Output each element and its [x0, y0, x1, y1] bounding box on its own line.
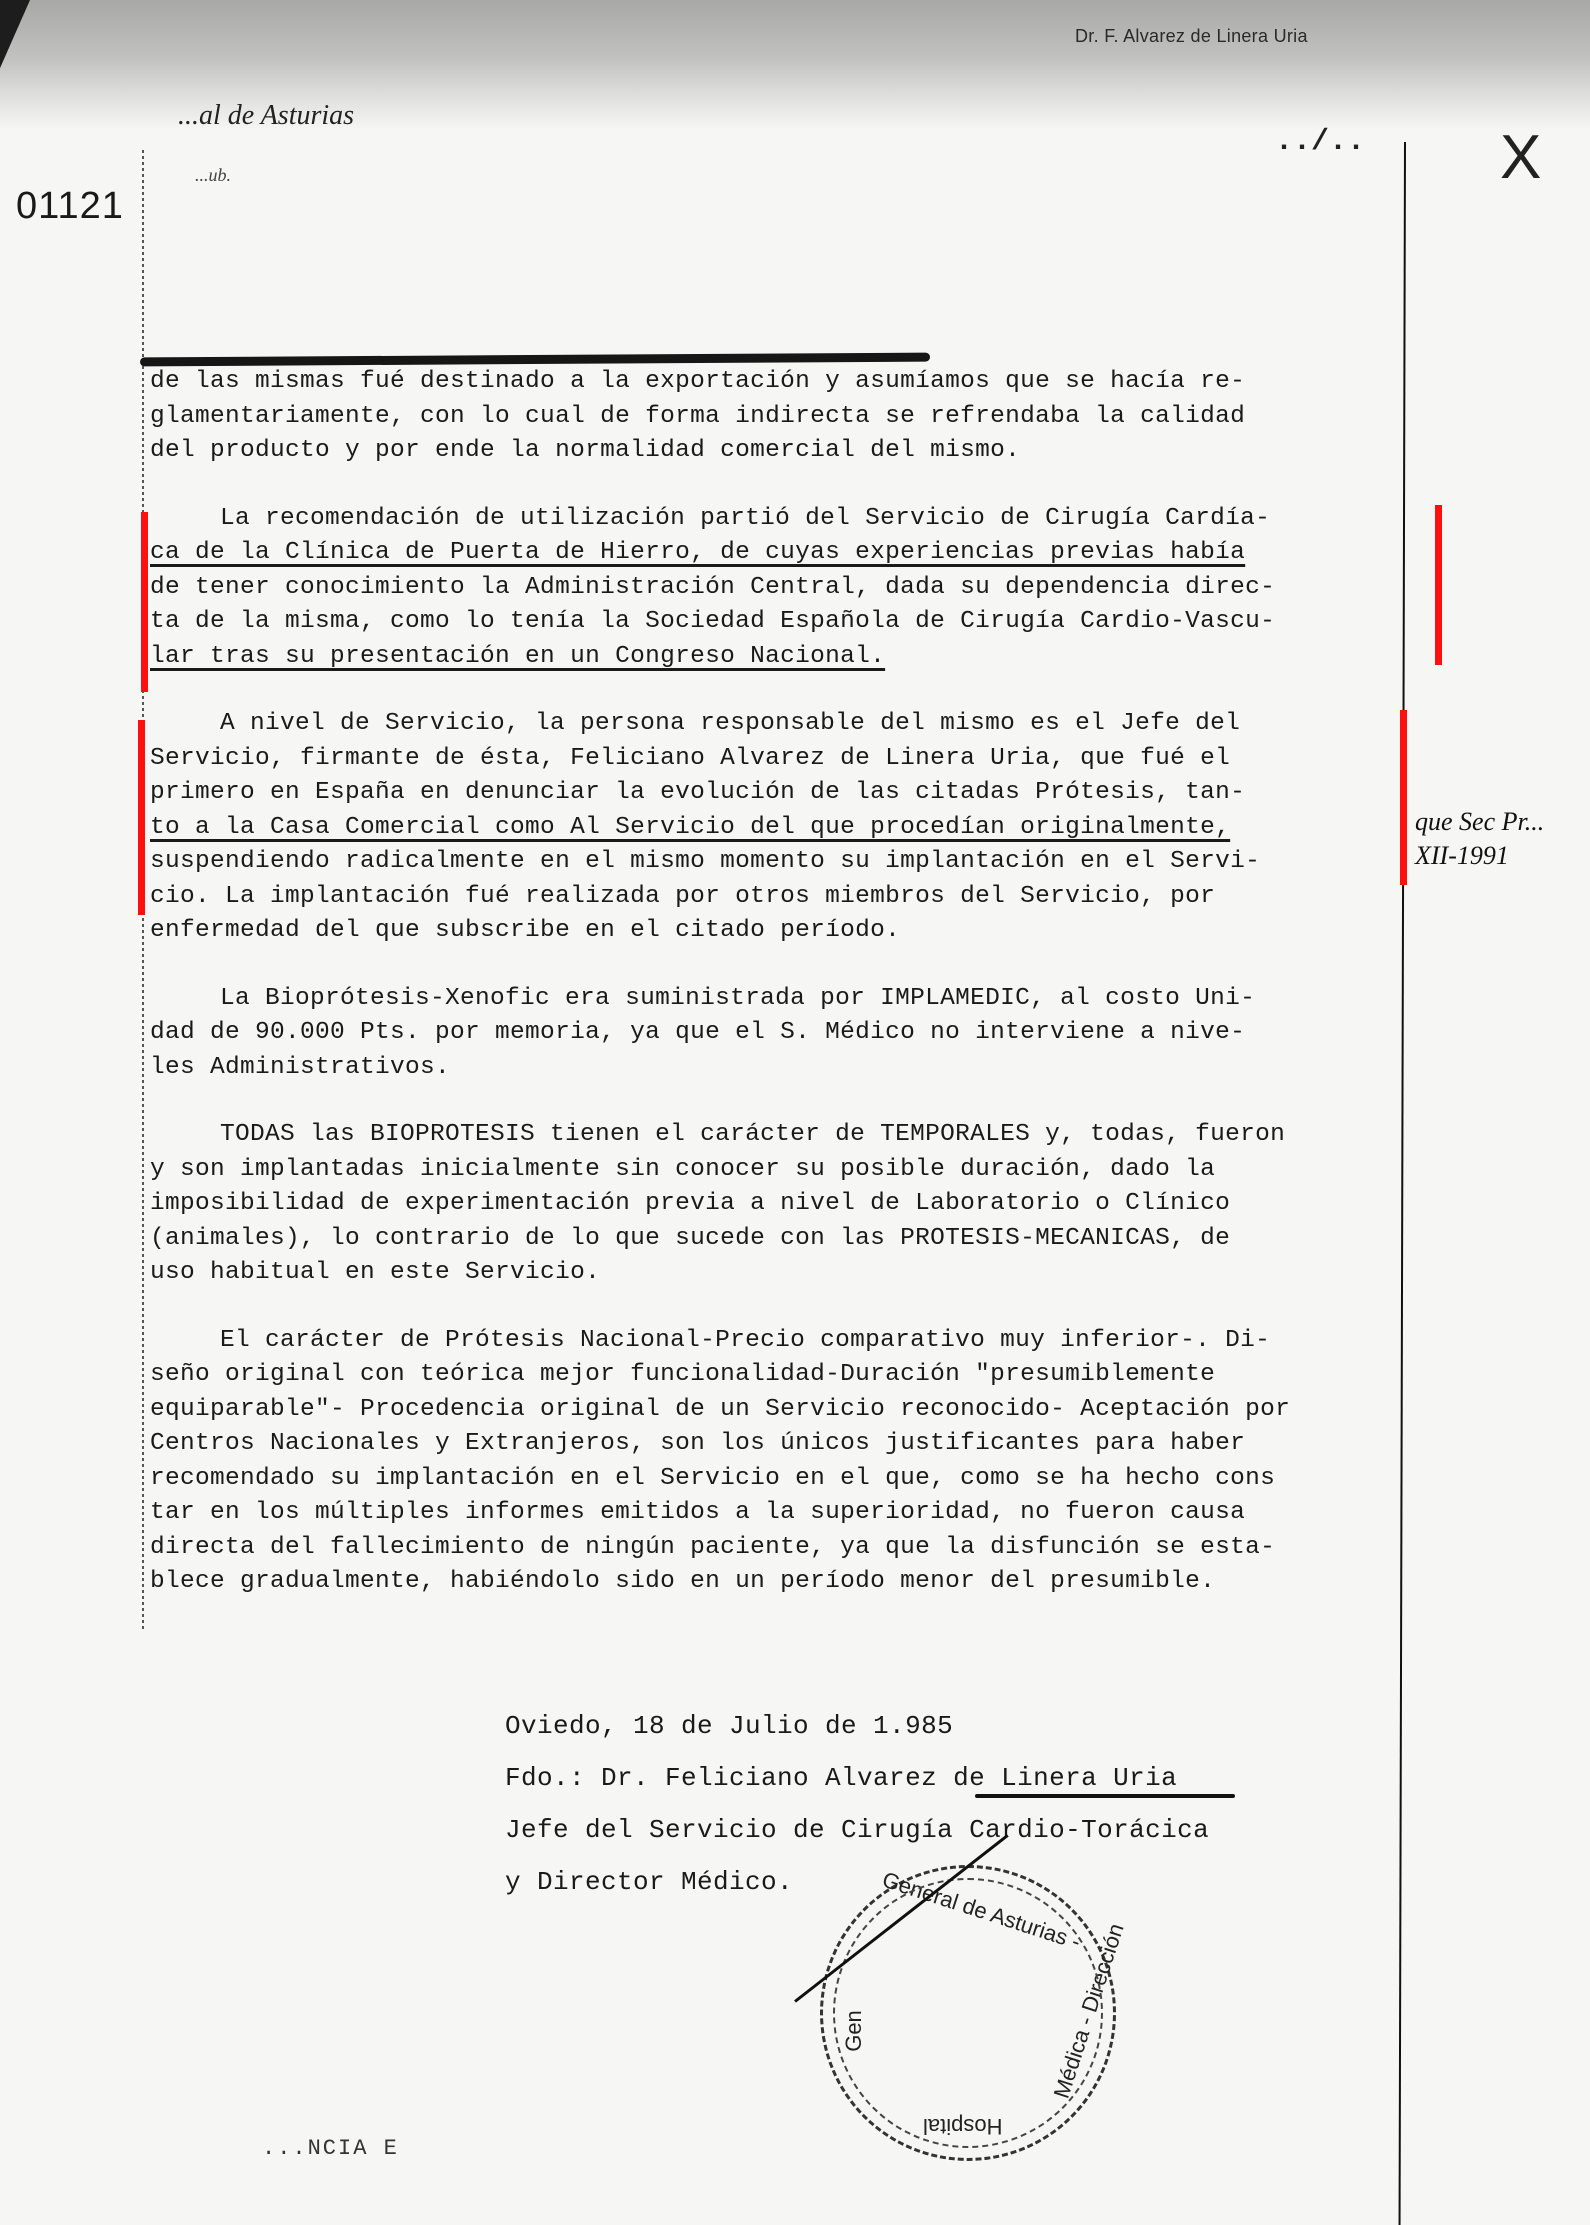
- paragraph-responsible: A nivel de Servicio, la persona responsa…: [150, 707, 1410, 949]
- text-line: directa del fallecimiento de ningún paci…: [150, 1531, 1410, 1566]
- red-annotation-bar-left-1: [141, 512, 148, 692]
- text-line: ta de la misma, como lo tenía la Socieda…: [150, 605, 1410, 640]
- red-annotation-bar-right-1: [1435, 505, 1442, 665]
- text-line: y son implantadas inicialmente sin conoc…: [150, 1153, 1410, 1188]
- text-line: recomendado su implantación en el Servic…: [150, 1462, 1410, 1497]
- paragraph-recommendation: La recomendación de utilización partió d…: [150, 502, 1410, 675]
- text-line: A nivel de Servicio, la persona responsa…: [150, 707, 1410, 742]
- text-line: equiparable"- Procedencia original de un…: [150, 1393, 1410, 1428]
- paragraph-export: de las mismas fué destinado a la exporta…: [150, 365, 1410, 469]
- text-line: de tener conocimiento la Administración …: [150, 571, 1410, 606]
- paragraph-supplier: La Bioprótesis-Xenofic era suministrada …: [150, 982, 1410, 1086]
- footer-code: ...NCIA E: [262, 2136, 399, 2161]
- text-line: El carácter de Prótesis Nacional-Precio …: [150, 1324, 1410, 1359]
- letterhead-sub: ...ub.: [195, 165, 231, 186]
- letterhead-name: Dr. F. Alvarez de Linera Uria: [1075, 26, 1308, 47]
- letter-body: de las mismas fué destinado a la exporta…: [150, 365, 1410, 1633]
- text-line: glamentariamente, con lo cual de forma i…: [150, 400, 1410, 435]
- text-line: La recomendación de utilización partió d…: [150, 502, 1410, 537]
- red-annotation-bar-left-2: [138, 720, 145, 915]
- stamp-bottom-text: Hospital: [923, 2113, 1002, 2139]
- stamp-text: General de Asturias - Médica - Dirección…: [823, 1868, 1113, 2158]
- text-line: seño original con teórica mejor funciona…: [150, 1358, 1410, 1393]
- text-line: les Administrativos.: [150, 1051, 1410, 1086]
- letterhead-organization: ...al de Asturias: [178, 100, 354, 132]
- official-stamp: General de Asturias - Médica - Dirección…: [820, 1865, 1116, 2161]
- text-line: lar tras su presentación en un Congreso …: [150, 640, 1410, 675]
- place-date: Oviedo, 18 de Julio de 1.985: [505, 1700, 1209, 1752]
- text-line: Servicio, firmante de ésta, Feliciano Al…: [150, 742, 1410, 777]
- stamp-right-text: Médica - Dirección: [1049, 1920, 1130, 2101]
- text-line: enfermedad del que subscribe en el citad…: [150, 914, 1410, 949]
- text-line: to a la Casa Comercial como Al Servicio …: [150, 811, 1410, 846]
- stamp-left-text: Gen: [841, 2010, 867, 2052]
- text-line: primero en España en denunciar la evoluc…: [150, 776, 1410, 811]
- handnote-line: que Sec Pr...: [1415, 805, 1544, 839]
- paragraph-justification: El carácter de Prótesis Nacional-Precio …: [150, 1324, 1410, 1600]
- text-line: La Bioprótesis-Xenofic era suministrada …: [150, 982, 1410, 1017]
- text-line: TODAS las BIOPROTESIS tienen el carácter…: [150, 1118, 1410, 1153]
- signature-underline: [975, 1794, 1235, 1798]
- text-line: suspendiendo radicalmente en el mismo mo…: [150, 845, 1410, 880]
- text-line: Centros Nacionales y Extranjeros, son lo…: [150, 1427, 1410, 1462]
- text-line: blece gradualmente, habiéndolo sido en u…: [150, 1565, 1410, 1600]
- signer-title: Jefe del Servicio de Cirugía Cardio-Torá…: [505, 1804, 1209, 1856]
- text-line: de las mismas fué destinado a la exporta…: [150, 365, 1410, 400]
- handwritten-margin-note: que Sec Pr... XII-1991: [1415, 805, 1544, 873]
- text-line: ca de la Clínica de Puerta de Hierro, de…: [150, 536, 1410, 571]
- text-line: imposibilidad de experimentación previa …: [150, 1187, 1410, 1222]
- text-line: (animales), lo contrario de lo que suced…: [150, 1222, 1410, 1257]
- text-line: cio. La implantación fué realizada por o…: [150, 880, 1410, 915]
- text-line: tar en los múltiples informes emitidos a…: [150, 1496, 1410, 1531]
- handnote-date: XII-1991: [1415, 839, 1544, 873]
- text-line: dad de 90.000 Pts. por memoria, ya que e…: [150, 1016, 1410, 1051]
- text-line: uso habitual en este Servicio.: [150, 1256, 1410, 1291]
- text-line: del producto y por ende la normalidad co…: [150, 434, 1410, 469]
- paragraph-bioprotesis: TODAS las BIOPROTESIS tienen el carácter…: [150, 1118, 1410, 1291]
- handwritten-x-mark: X: [1500, 122, 1541, 193]
- document-number: 01121: [16, 185, 124, 228]
- page-continuation-marker: ../..: [1275, 125, 1365, 159]
